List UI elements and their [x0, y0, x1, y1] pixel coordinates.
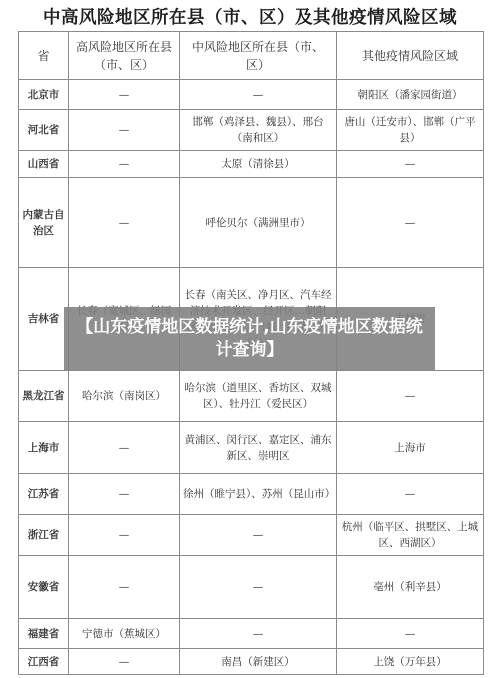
mid-risk-cell: 太原（清徐县） — [180, 151, 337, 178]
other-risk-cell: 上海市 — [337, 422, 484, 474]
table-row: 江苏省 — 徐州（睢宁县）、苏州（昆山市） — — [19, 474, 484, 515]
table-row: 江西省 — 南昌（新建区） 上饶（万年县） — [19, 649, 484, 675]
mid-risk-cell: 哈尔滨（道里区、香坊区、双城区）、牡丹江（爱民区） — [180, 371, 337, 422]
high-risk-cell: — — [69, 151, 180, 178]
province-cell: 山西省 — [19, 151, 69, 178]
mid-risk-cell: 邯郸（鸡泽县、魏县）、邢台（南和区） — [180, 110, 337, 151]
table-row: 内蒙古自治区 — 呼伦贝尔（满洲里市） — — [19, 178, 484, 268]
header-mid-risk: 中风险地区所在县（市、区） — [180, 32, 337, 80]
other-risk-cell: — — [337, 151, 484, 178]
table-row: 福建省 宁德市（蕉城区） — — — [19, 619, 484, 649]
mid-risk-cell: — — [180, 515, 337, 556]
high-risk-cell: 哈尔滨（南岗区） — [69, 371, 180, 422]
high-risk-cell: — — [69, 556, 180, 619]
province-cell: 福建省 — [19, 619, 69, 649]
table-row: 上海市 — 黄浦区、闵行区、嘉定区、浦东新区、崇明区 上海市 — [19, 422, 484, 474]
mid-risk-cell: — — [180, 80, 337, 110]
mid-risk-cell: 黄浦区、闵行区、嘉定区、浦东新区、崇明区 — [180, 422, 337, 474]
document-title: 中高风险地区所在县（市、区）及其他疫情风险区域 — [0, 4, 500, 29]
caption-overlay: 【山东疫情地区数据统计,山东疫情地区数据统计查询】 — [64, 307, 435, 370]
mid-risk-cell: 徐州（睢宁县）、苏州（昆山市） — [180, 474, 337, 515]
table-row: 黑龙江省 哈尔滨（南岗区） 哈尔滨（道里区、香坊区、双城区）、牡丹江（爱民区） … — [19, 371, 484, 422]
province-cell: 河北省 — [19, 110, 69, 151]
table-row: 安徽省 — — 亳州（利辛县） — [19, 556, 484, 619]
header-high-risk: 高风险地区所在县（市、区） — [69, 32, 180, 80]
province-cell: 江苏省 — [19, 474, 69, 515]
header-other-risk: 其他疫情风险区域 — [337, 32, 484, 80]
high-risk-cell: — — [69, 80, 180, 110]
mid-risk-cell: — — [180, 619, 337, 649]
province-cell: 安徽省 — [19, 556, 69, 619]
mid-risk-cell: 南昌（新建区） — [180, 649, 337, 675]
header-province: 省 — [19, 32, 69, 80]
table-header-row: 省 高风险地区所在县（市、区） 中风险地区所在县（市、区） 其他疫情风险区域 — [19, 32, 484, 80]
province-cell: 北京市 — [19, 80, 69, 110]
other-risk-cell: — — [337, 371, 484, 422]
province-cell: 内蒙古自治区 — [19, 178, 69, 268]
other-risk-cell: — — [337, 474, 484, 515]
other-risk-cell: — — [337, 619, 484, 649]
high-risk-cell: — — [69, 649, 180, 675]
province-cell: 黑龙江省 — [19, 371, 69, 422]
other-risk-cell: 亳州（利辛县） — [337, 556, 484, 619]
province-cell: 江西省 — [19, 649, 69, 675]
table-row: 北京市 — — 朝阳区（潘家园街道） — [19, 80, 484, 110]
mid-risk-cell: 呼伦贝尔（满洲里市） — [180, 178, 337, 268]
high-risk-cell: — — [69, 474, 180, 515]
other-risk-cell: 唐山（迁安市）、邯郸（广平县） — [337, 110, 484, 151]
province-cell: 吉林省 — [19, 268, 69, 371]
province-cell: 上海市 — [19, 422, 69, 474]
high-risk-cell: 宁德市（蕉城区） — [69, 619, 180, 649]
province-cell: 浙江省 — [19, 515, 69, 556]
high-risk-cell: — — [69, 422, 180, 474]
other-risk-cell: — — [337, 178, 484, 268]
other-risk-cell: 上饶（万年县） — [337, 649, 484, 675]
table-row: 山西省 — 太原（清徐县） — — [19, 151, 484, 178]
other-risk-cell: 杭州（临平区、拱墅区、上城区、西湖区） — [337, 515, 484, 556]
high-risk-cell: — — [69, 110, 180, 151]
caption-text: 【山东疫情地区数据统计,山东疫情地区数据统计查询】 — [75, 316, 425, 362]
mid-risk-cell: — — [180, 556, 337, 619]
high-risk-cell: — — [69, 178, 180, 268]
other-risk-cell: 朝阳区（潘家园街道） — [337, 80, 484, 110]
high-risk-cell: — — [69, 515, 180, 556]
table-row: 河北省 — 邯郸（鸡泽县、魏县）、邢台（南和区） 唐山（迁安市）、邯郸（广平县） — [19, 110, 484, 151]
table-row: 浙江省 — — 杭州（临平区、拱墅区、上城区、西湖区） — [19, 515, 484, 556]
